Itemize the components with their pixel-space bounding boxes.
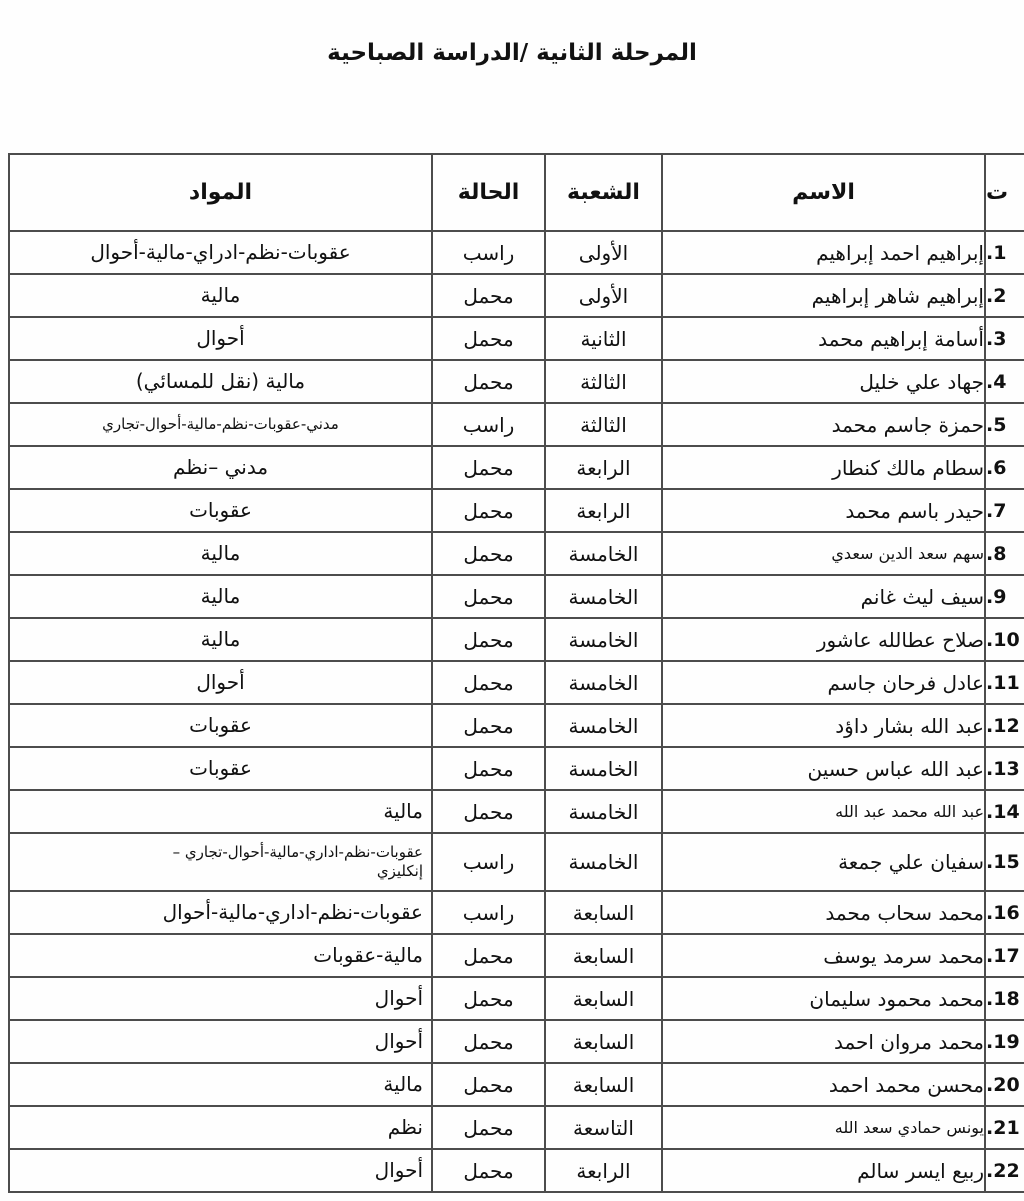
status-cell: راسب (432, 403, 545, 446)
table-row: 1. إبراهيم احمد إبراهيم الأولى راسب عقوب… (9, 231, 1024, 274)
table-row: 4. جهاد علي خليل الثالثة محمل مالية (نقل… (9, 360, 1024, 403)
row-number-cell: 20. (985, 1063, 1024, 1106)
subjects-cell: أحوال (9, 977, 432, 1020)
student-name-cell: سفيان علي جمعة (662, 833, 985, 891)
subjects-cell: مدني –نظم (9, 446, 432, 489)
table-row: 8. سهم سعد الدين سعدي الخامسة محمل مالية (9, 532, 1024, 575)
status-cell: محمل (432, 977, 545, 1020)
table-row: 2. إبراهيم شاهر إبراهيم الأولى محمل مالي… (9, 274, 1024, 317)
row-number-cell: 6. (985, 446, 1024, 489)
row-number-cell: 21. (985, 1106, 1024, 1149)
student-name-cell: محسن محمد احمد (662, 1063, 985, 1106)
table-row: 22. ربيع ايسر سالم الرابعة محمل أحوال (9, 1149, 1024, 1192)
section-cell: الخامسة (545, 747, 662, 790)
header-number: ت (985, 154, 1024, 231)
section-cell: السابعة (545, 934, 662, 977)
status-cell: محمل (432, 934, 545, 977)
student-name-cell: سطام مالك كنطار (662, 446, 985, 489)
subjects-cell: مالية (9, 790, 432, 833)
status-cell: محمل (432, 1020, 545, 1063)
student-name-cell: محمد سحاب محمد (662, 891, 985, 934)
student-name-cell: إبراهيم احمد إبراهيم (662, 231, 985, 274)
student-name-cell: جهاد علي خليل (662, 360, 985, 403)
page-title: المرحلة الثانية /الدراسة الصباحية (0, 40, 1024, 66)
row-number-cell: 5. (985, 403, 1024, 446)
section-cell: الرابعة (545, 446, 662, 489)
section-cell: الأولى (545, 274, 662, 317)
subjects-cell: مالية (9, 532, 432, 575)
student-name-cell: صلاح عطالله عاشور (662, 618, 985, 661)
student-name-cell: حمزة جاسم محمد (662, 403, 985, 446)
table-row: 15. سفيان علي جمعة الخامسة راسب عقوبات-ن… (9, 833, 1024, 891)
status-cell: محمل (432, 446, 545, 489)
section-cell: الثالثة (545, 403, 662, 446)
row-number-cell: 3. (985, 317, 1024, 360)
section-cell: الخامسة (545, 532, 662, 575)
student-name-cell: محمد مروان احمد (662, 1020, 985, 1063)
table-header-row: ت الاسم الشعبة الحالة المواد (9, 154, 1024, 231)
student-name-cell: عبد الله بشار داؤد (662, 704, 985, 747)
row-number-cell: 12. (985, 704, 1024, 747)
status-cell: محمل (432, 1106, 545, 1149)
section-cell: الخامسة (545, 704, 662, 747)
section-cell: الأولى (545, 231, 662, 274)
status-cell: محمل (432, 618, 545, 661)
student-name-cell: سهم سعد الدين سعدي (662, 532, 985, 575)
subjects-cell: أحوال (9, 317, 432, 360)
subjects-cell: أحوال (9, 1149, 432, 1192)
status-cell: محمل (432, 1063, 545, 1106)
section-cell: السابعة (545, 891, 662, 934)
table-row: 3. أسامة إبراهيم محمد الثانية محمل أحوال (9, 317, 1024, 360)
header-status: الحالة (432, 154, 545, 231)
document-page: المرحلة الثانية /الدراسة الصباحية ت الاس… (0, 0, 1024, 1201)
status-cell: محمل (432, 704, 545, 747)
table-row: 9. سيف ليث غانم الخامسة محمل مالية (9, 575, 1024, 618)
subjects-cell: مدني-عقوبات-نظم-مالية-أحوال-تجاري (9, 403, 432, 446)
row-number-cell: 2. (985, 274, 1024, 317)
subjects-cell: أحوال (9, 661, 432, 704)
section-cell: الخامسة (545, 618, 662, 661)
student-name-cell: إبراهيم شاهر إبراهيم (662, 274, 985, 317)
student-name-cell: ربيع ايسر سالم (662, 1149, 985, 1192)
status-cell: راسب (432, 833, 545, 891)
table-row: 13. عبد الله عباس حسين الخامسة محمل عقوب… (9, 747, 1024, 790)
status-cell: محمل (432, 1149, 545, 1192)
status-cell: محمل (432, 532, 545, 575)
row-number-cell: 4. (985, 360, 1024, 403)
section-cell: الرابعة (545, 1149, 662, 1192)
row-number-cell: 9. (985, 575, 1024, 618)
row-number-cell: 19. (985, 1020, 1024, 1063)
subjects-cell: مالية-عقوبات (9, 934, 432, 977)
subjects-cell: عقوبات-نظم-اداري-مالية-أحوال (9, 891, 432, 934)
section-cell: الخامسة (545, 790, 662, 833)
subjects-cell: مالية (9, 1063, 432, 1106)
table-row: 21. يونس حمادي سعد الله التاسعة محمل نظم (9, 1106, 1024, 1149)
student-name-cell: يونس حمادي سعد الله (662, 1106, 985, 1149)
subjects-cell: مالية (9, 274, 432, 317)
row-number-cell: 13. (985, 747, 1024, 790)
table-row: 19. محمد مروان احمد السابعة محمل أحوال (9, 1020, 1024, 1063)
row-number-cell: 8. (985, 532, 1024, 575)
status-cell: محمل (432, 274, 545, 317)
status-cell: محمل (432, 790, 545, 833)
section-cell: الرابعة (545, 489, 662, 532)
subjects-cell: عقوبات-نظم-ادراي-مالية-أحوال (9, 231, 432, 274)
row-number-cell: 17. (985, 934, 1024, 977)
row-number-cell: 10. (985, 618, 1024, 661)
section-cell: السابعة (545, 1063, 662, 1106)
header-section: الشعبة (545, 154, 662, 231)
section-cell: التاسعة (545, 1106, 662, 1149)
student-name-cell: محمد محمود سليمان (662, 977, 985, 1020)
section-cell: الخامسة (545, 661, 662, 704)
subjects-cell: مالية (9, 575, 432, 618)
row-number-cell: 22. (985, 1149, 1024, 1192)
row-number-cell: 14. (985, 790, 1024, 833)
status-cell: محمل (432, 317, 545, 360)
section-cell: الثانية (545, 317, 662, 360)
subjects-cell: عقوبات-نظم-اداري-مالية-أحوال-تجاري – إنك… (9, 833, 432, 891)
section-cell: الخامسة (545, 833, 662, 891)
table-row: 7. حيدر باسم محمد الرابعة محمل عقوبات (9, 489, 1024, 532)
subjects-cell: أحوال (9, 1020, 432, 1063)
table-row: 20. محسن محمد احمد السابعة محمل مالية (9, 1063, 1024, 1106)
row-number-cell: 15. (985, 833, 1024, 891)
row-number-cell: 7. (985, 489, 1024, 532)
student-name-cell: محمد سرمد يوسف (662, 934, 985, 977)
header-subjects: المواد (9, 154, 432, 231)
table-row: 12. عبد الله بشار داؤد الخامسة محمل عقوب… (9, 704, 1024, 747)
student-name-cell: أسامة إبراهيم محمد (662, 317, 985, 360)
status-cell: راسب (432, 231, 545, 274)
status-cell: محمل (432, 575, 545, 618)
table-row: 17. محمد سرمد يوسف السابعة محمل مالية-عق… (9, 934, 1024, 977)
status-cell: محمل (432, 360, 545, 403)
section-cell: الخامسة (545, 575, 662, 618)
section-cell: السابعة (545, 977, 662, 1020)
subjects-cell: عقوبات (9, 489, 432, 532)
subjects-cell: مالية (نقل للمسائي) (9, 360, 432, 403)
table-row: 11. عادل فرحان جاسم الخامسة محمل أحوال (9, 661, 1024, 704)
table-row: 5. حمزة جاسم محمد الثالثة راسب مدني-عقوب… (9, 403, 1024, 446)
header-name: الاسم (662, 154, 985, 231)
student-name-cell: سيف ليث غانم (662, 575, 985, 618)
section-cell: الثالثة (545, 360, 662, 403)
student-name-cell: عبد الله محمد عبد الله (662, 790, 985, 833)
subjects-cell: نظم (9, 1106, 432, 1149)
table-row: 6. سطام مالك كنطار الرابعة محمل مدني –نظ… (9, 446, 1024, 489)
student-name-cell: عادل فرحان جاسم (662, 661, 985, 704)
table-row: 16. محمد سحاب محمد السابعة راسب عقوبات-ن… (9, 891, 1024, 934)
student-name-cell: عبد الله عباس حسين (662, 747, 985, 790)
subjects-cell: عقوبات (9, 747, 432, 790)
status-cell: محمل (432, 661, 545, 704)
table-row: 10. صلاح عطالله عاشور الخامسة محمل مالية (9, 618, 1024, 661)
table-row: 18. محمد محمود سليمان السابعة محمل أحوال (9, 977, 1024, 1020)
student-name-cell: حيدر باسم محمد (662, 489, 985, 532)
results-table: ت الاسم الشعبة الحالة المواد 1. إبراهيم … (8, 153, 1024, 1193)
subjects-cell: مالية (9, 618, 432, 661)
row-number-cell: 1. (985, 231, 1024, 274)
subjects-cell: عقوبات (9, 704, 432, 747)
status-cell: راسب (432, 891, 545, 934)
row-number-cell: 16. (985, 891, 1024, 934)
status-cell: محمل (432, 489, 545, 532)
row-number-cell: 18. (985, 977, 1024, 1020)
status-cell: محمل (432, 747, 545, 790)
section-cell: السابعة (545, 1020, 662, 1063)
table-row: 14. عبد الله محمد عبد الله الخامسة محمل … (9, 790, 1024, 833)
row-number-cell: 11. (985, 661, 1024, 704)
